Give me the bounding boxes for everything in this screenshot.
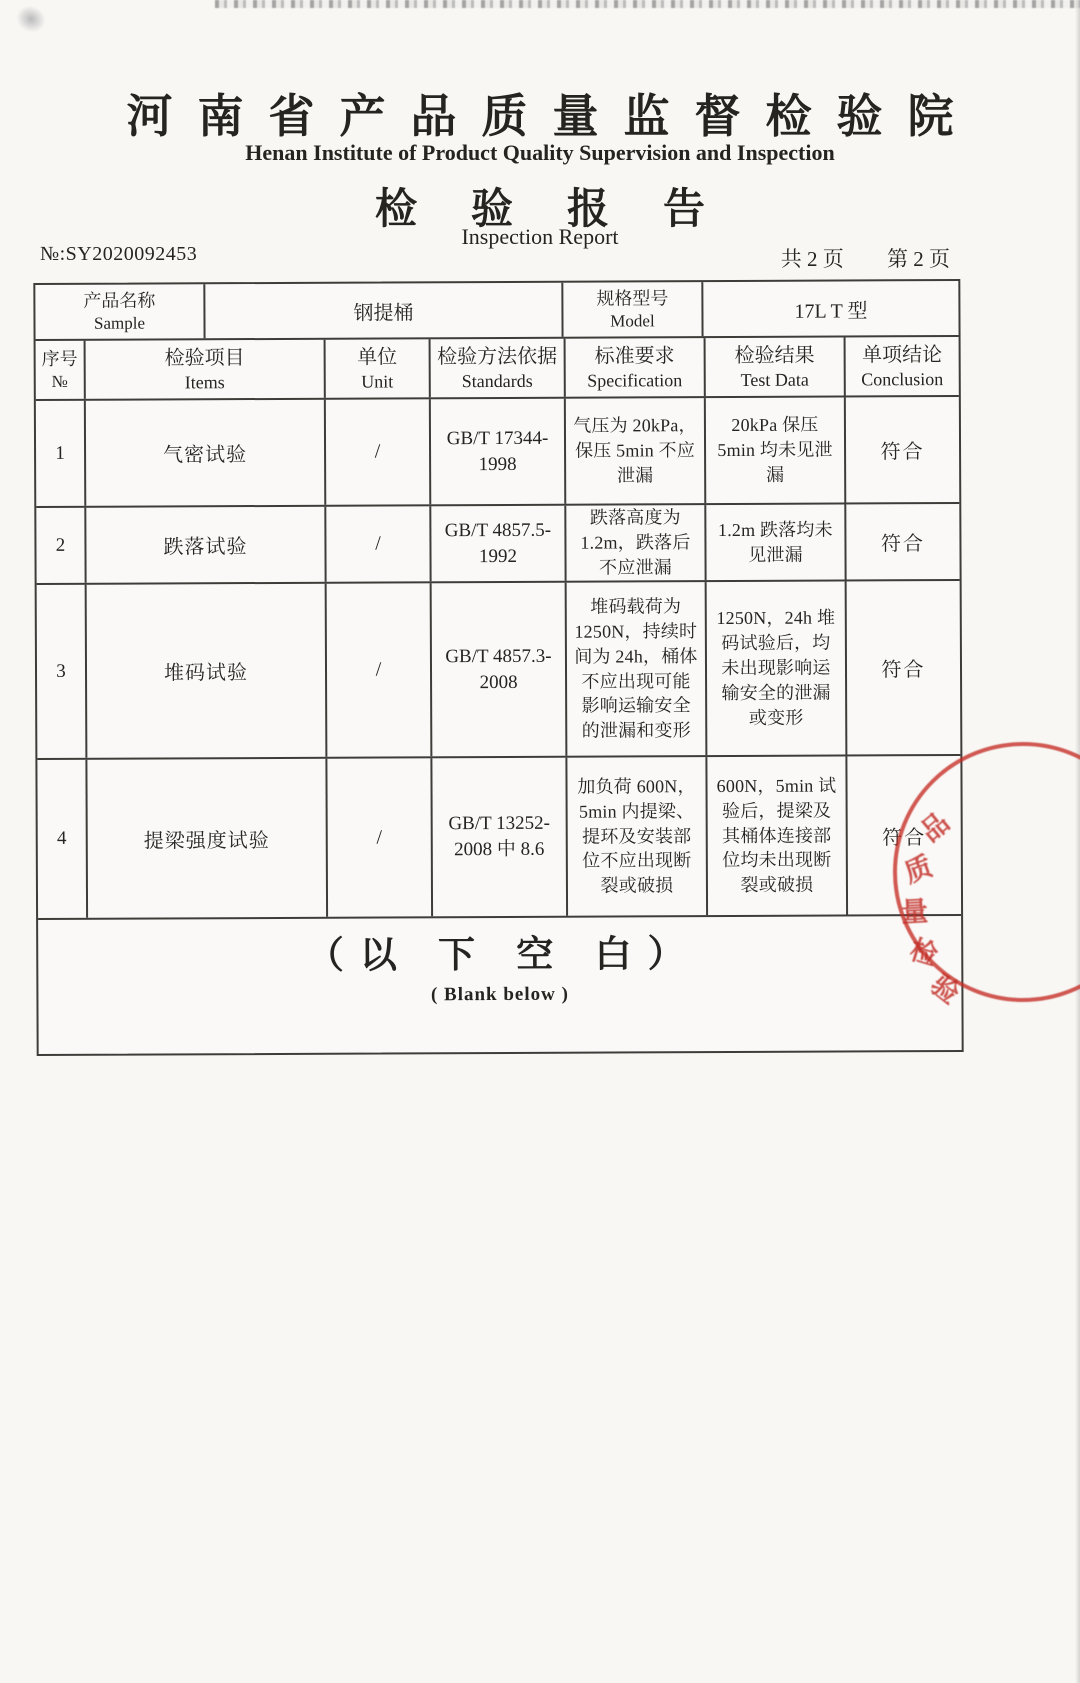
inspection-table: 产品名称 Sample 钢提桶 规格型号 Model 17L T 型 序号 № … — [33, 279, 963, 1056]
model-label-zh: 规格型号 — [596, 287, 668, 311]
table-row: 1 气密试验 / GB/T 17344-1998 气压为 20kPa，保压 5m… — [36, 397, 959, 508]
cell-standard: GB/T 17344-1998 — [431, 399, 566, 505]
table-header-row: 序号 № 检验项目 Items 单位 Unit 检验方法依据 Standards… — [36, 337, 959, 401]
sample-label: 产品名称 Sample — [35, 284, 205, 339]
institute-title-en: Henan Institute of Product Quality Super… — [0, 140, 1080, 166]
scanned-inspection-report-page: 河南省产品质量监督检验院 Henan Institute of Product … — [0, 0, 1080, 1683]
cell-conclusion: 符合 — [847, 581, 961, 754]
cell-unit: / — [327, 758, 433, 916]
cell-unit: / — [326, 506, 431, 581]
table-row: 3 堆码试验 / GB/T 4857.3-2008 堆码载荷为 1250N，持续… — [37, 581, 961, 760]
model-label-en: Model — [610, 310, 654, 331]
cell-conclusion: 符合 — [847, 756, 961, 914]
model-label: 规格型号 Model — [563, 282, 703, 337]
sample-value: 钢提桶 — [205, 283, 563, 339]
cell-unit: / — [326, 399, 431, 504]
sample-label-zh: 产品名称 — [83, 289, 155, 313]
table-row: 4 提梁强度试验 / GB/T 13252-2008 中 8.6 加负荷 600… — [37, 756, 961, 920]
blank-below-zh: （以 下 空 白） — [299, 923, 701, 979]
cell-test-data: 1.2m 跌落均未见泄漏 — [706, 504, 846, 580]
col-header-standards: 检验方法依据 Standards — [431, 339, 566, 398]
cell-specification: 堆码载荷为 1250N，持续时间为 24h，桶体不应出现可能影响运输安全的泄漏和… — [567, 582, 708, 756]
col-header-conclusion: 单项结论 Conclusion — [846, 337, 959, 395]
cell-conclusion: 符合 — [846, 504, 959, 579]
cell-item: 提梁强度试验 — [87, 759, 328, 918]
col-header-unit: 单位 Unit — [326, 339, 431, 397]
page-current: 第 2 页 — [887, 247, 950, 271]
table-row: 2 跌落试验 / GB/T 4857.5-1992 跌落高度为 1.2m，跌落后… — [36, 504, 959, 585]
scan-artifact-smudge — [12, 1, 50, 37]
cell-test-data: 600N，5min 试验后，提梁及其桶体连接部位均未出现断裂或破损 — [707, 756, 848, 915]
col-header-no: 序号 № — [36, 341, 86, 399]
scan-artifact-top-edge — [215, 0, 1080, 8]
col-header-items: 检验项目 Items — [86, 340, 326, 399]
cell-specification: 加负荷 600N，5min 内提梁、提环及安装部位不应出现断裂或破损 — [567, 757, 708, 916]
blank-below-row: （以 下 空 白） ( Blank below ) — [38, 916, 962, 1054]
scan-artifact-right-edge — [1075, 0, 1080, 1683]
col-header-test-data: 检验结果 Test Data — [706, 337, 846, 396]
report-number: №:SY2020092453 — [40, 243, 197, 266]
cell-no: 3 — [37, 585, 88, 758]
table-row-sample: 产品名称 Sample 钢提桶 规格型号 Model 17L T 型 — [35, 281, 958, 341]
cell-test-data: 20kPa 保压 5min 均未见泄漏 — [706, 397, 846, 503]
sample-label-en: Sample — [94, 313, 145, 334]
col-header-specification: 标准要求 Specification — [566, 338, 706, 397]
model-value: 17L T 型 — [703, 281, 958, 336]
cell-standard: GB/T 13252-2008 中 8.6 — [432, 758, 568, 917]
pages-total: 共 2 页 — [781, 247, 844, 271]
cell-unit: / — [327, 583, 433, 756]
cell-test-data: 1250N，24h 堆码试验后，均未出现影响运输安全的泄漏或变形 — [707, 581, 848, 755]
cell-specification: 气压为 20kPa，保压 5min 不应泄漏 — [566, 398, 706, 504]
cell-conclusion: 符合 — [846, 397, 959, 502]
cell-standard: GB/T 4857.5-1992 — [431, 506, 566, 582]
cell-item: 堆码试验 — [87, 584, 328, 758]
cell-no: 2 — [36, 508, 86, 583]
cell-item: 气密试验 — [86, 400, 326, 506]
institute-title-zh: 河南省产品质量监督检验院 — [0, 80, 1080, 146]
cell-specification: 跌落高度为 1.2m，跌落后不应泄漏 — [566, 505, 706, 581]
cell-no: 1 — [36, 401, 86, 506]
cell-no: 4 — [37, 760, 88, 918]
page-count: 共 2 页 第 2 页 — [781, 243, 950, 273]
cell-standard: GB/T 4857.3-2008 — [432, 583, 568, 757]
blank-below-en: ( Blank below ) — [431, 984, 569, 1007]
cell-item: 跌落试验 — [86, 507, 326, 583]
